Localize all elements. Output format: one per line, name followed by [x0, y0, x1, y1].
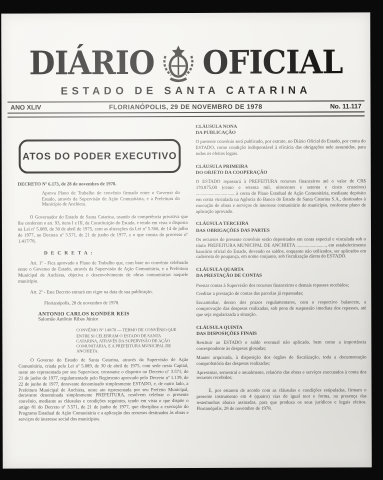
gazette-scan-page: { "masthead": { "title_word_1": "DIÁRIO"… [0, 0, 383, 480]
decree-preamble: O Governador do Estado de Santa Catarina… [18, 215, 188, 245]
edition-number: No. 11.117 [330, 103, 361, 110]
left-column: ATOS DO PODER EXECUTIVO DECRETO Nº 6.173… [18, 139, 189, 423]
clause-paragraph: O presente convênio será publicado, por … [196, 140, 366, 158]
clause-section: CLÁUSULA PRIMEIRA DO OBJETO DA COOPERAÇÃ… [196, 164, 366, 215]
clause-paragraph: Apresentar, semestral e anualmente, rela… [196, 370, 366, 382]
clause-section: CLÁUSULA QUINTA DAS DISPOSIÇÕES FINAIS R… [196, 325, 366, 382]
gazette-subtitle: ESTADO DE SANTA CATARINA [1, 84, 370, 97]
clause-section: CLÁUSULA TERCEIRA DAS OBRIGAÇÕES DAS PAR… [196, 222, 366, 261]
convenio-title-note: CONVÊNIO Nº 140/78 — TERMO DE CONVÊNIO Q… [76, 327, 182, 353]
decree-heading: DECRETO Nº 6.173, de 28 de novembro de 1… [18, 182, 188, 188]
gazette-title-word-right: OFICIAL [202, 44, 342, 82]
clause-paragraph: Os recursos do presente convênio serão d… [196, 237, 366, 261]
gazette-title-word-left: DIÁRIO [29, 44, 155, 82]
clause-subheading: DAS DISPOSIÇÕES FINAIS [196, 331, 366, 338]
clause-paragraph: Prestar contas à Supervisão dos recursos… [196, 283, 366, 289]
right-column: CLÁUSULA NONA DA PUBLICAÇÃO O presente c… [196, 124, 367, 412]
signature-secretary: Salomão Antônio Ribas Júnior [38, 317, 188, 323]
clause-subheading: DA PUBLICAÇÃO [196, 131, 366, 138]
clause-subheading: DA PRESTAÇÃO DE CONTAS [196, 274, 366, 281]
band-divider [8, 111, 365, 117]
decree-dateline: Florianópolis, 28 de novembro de 1978. [44, 301, 188, 307]
decreta-label: D E C R E T A : [44, 251, 188, 257]
clause-paragraph: O ESTADO repassará à PREFEITURA recursos… [196, 180, 366, 216]
clause-subheading: DO OBJETO DA COOPERAÇÃO [196, 171, 366, 178]
convenio-preamble: O Governo do Estado de Santa Catarina, a… [18, 358, 188, 423]
clause-paragraph: Restituir ao ESTADO o saldo eventual não… [196, 341, 366, 353]
edition-year: ANO XLIV [11, 105, 42, 112]
executive-acts-box: ATOS DO PODER EXECUTIVO [19, 139, 181, 174]
clause-section: CLÁUSULA NONA DA PUBLICAÇÃO O presente c… [196, 124, 366, 158]
decree-article-1: Art. 1º - Fica aprovado o Plano de Traba… [18, 261, 188, 285]
clause-subheading: DAS OBRIGAÇÕES DAS PARTES [196, 228, 366, 235]
scanned-paper: DIÁRIO OFICIAL ESTADO DE SANTA CATARINA … [1, 12, 372, 468]
clause-paragraph: Creditar a prestação de contas das parce… [196, 292, 366, 298]
edition-place-date: FLORIANÓPOLIS, 29 DE NOVEMBRO DE 1978 [109, 104, 262, 112]
decree-article-2: Art. 2º - Este Decreto entrará em vigor … [18, 290, 188, 296]
clause-paragraph: Encaminhar, dentro dos prazos regulament… [196, 301, 366, 319]
gazette-title: DIÁRIO OFICIAL [1, 42, 370, 83]
coat-of-arms-icon [158, 43, 198, 83]
closing-paragraph: E, por estarem de acordo com as cláusula… [197, 389, 367, 413]
masthead: DIÁRIO OFICIAL ESTADO DE SANTA CATARINA … [1, 12, 370, 117]
clause-paragraph: Manter arquivada, à disposição dos órgão… [196, 355, 366, 367]
decree-ementa: Aprova Plano de Trabalho do convênio fir… [42, 191, 180, 209]
clause-section: CLÁUSULA QUARTA DA PRESTAÇÃO DE CONTAS P… [196, 268, 366, 319]
